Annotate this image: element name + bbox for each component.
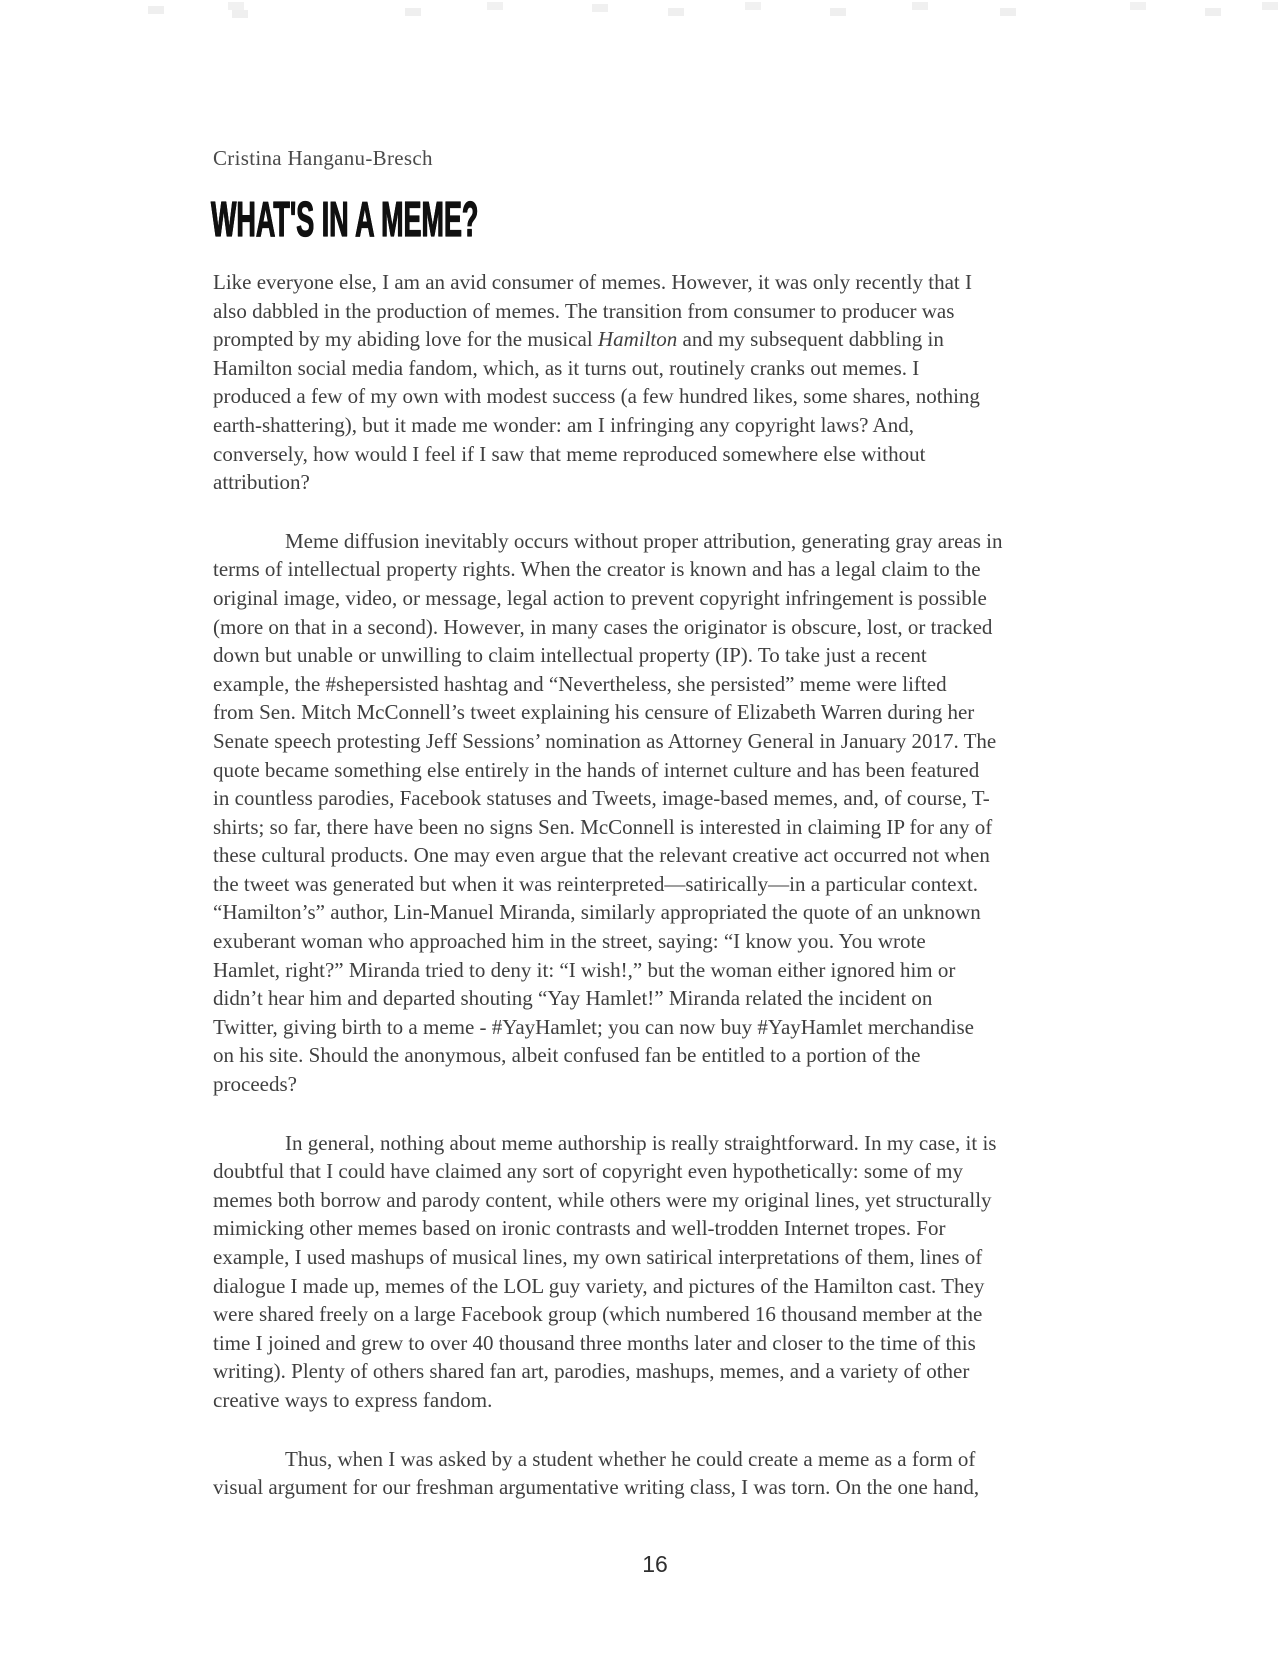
text-line: creative ways to express fandom. xyxy=(213,1386,1097,1415)
text-line: “Hamilton’s” author, Lin-Manuel Miranda,… xyxy=(213,898,1097,927)
text-line: the tweet was generated but when it was … xyxy=(213,870,1097,899)
text-line: original image, video, or message, legal… xyxy=(213,584,1097,613)
text-line: Meme diffusion inevitably occurs without… xyxy=(213,527,1097,556)
text-line: proceeds? xyxy=(213,1070,1097,1099)
text-line: In general, nothing about meme authorshi… xyxy=(213,1129,1097,1158)
text-line: in countless parodies, Facebook statuses… xyxy=(213,784,1097,813)
text-line: Hamlet, right?” Miranda tried to deny it… xyxy=(213,956,1097,985)
page-title-text: WHAT'S IN A MEME? xyxy=(211,194,478,246)
text-line: down but unable or unwilling to claim in… xyxy=(213,641,1097,670)
text-line: visual argument for our freshman argumen… xyxy=(213,1473,1097,1502)
text-line: example, I used mashups of musical lines… xyxy=(213,1243,1097,1272)
text-line: prompted by my abiding love for the musi… xyxy=(213,325,1097,354)
document-page: Cristina Hanganu-Bresch WHAT'S IN A MEME… xyxy=(0,0,1280,1656)
text-line: on his site. Should the anonymous, albei… xyxy=(213,1041,1097,1070)
text-line: from Sen. Mitch McConnell’s tweet explai… xyxy=(213,698,1097,727)
text-line: Hamilton social media fandom, which, as … xyxy=(213,354,1097,383)
text-line: memes both borrow and parody content, wh… xyxy=(213,1186,1097,1215)
paragraph: In general, nothing about meme authorshi… xyxy=(213,1129,1097,1415)
paragraph: Thus, when I was asked by a student whet… xyxy=(213,1445,1097,1502)
text-line: mimicking other memes based on ironic co… xyxy=(213,1214,1097,1243)
text-line: attribution? xyxy=(213,468,1097,497)
text-line: Senate speech protesting Jeff Sessions’ … xyxy=(213,727,1097,756)
text-line: writing). Plenty of others shared fan ar… xyxy=(213,1357,1097,1386)
text-line: earth-shattering), but it made me wonder… xyxy=(213,411,1097,440)
text-line: quote became something else entirely in … xyxy=(213,756,1097,785)
text-line: example, the #shepersisted hashtag and “… xyxy=(213,670,1097,699)
paragraph: Meme diffusion inevitably occurs without… xyxy=(213,527,1097,1099)
text-line: terms of intellectual property rights. W… xyxy=(213,555,1097,584)
text-line: Twitter, giving birth to a meme - #YayHa… xyxy=(213,1013,1097,1042)
text-line: shirts; so far, there have been no signs… xyxy=(213,813,1097,842)
body-paragraphs: Like everyone else, I am an avid consume… xyxy=(213,268,1097,1532)
text-line: Like everyone else, I am an avid consume… xyxy=(213,268,1097,297)
text-line: didn’t hear him and departed shouting “Y… xyxy=(213,984,1097,1013)
cut-off-text-artifacts xyxy=(148,6,164,14)
text-line: dialogue I made up, memes of the LOL guy… xyxy=(213,1272,1097,1301)
text-line: doubtful that I could have claimed any s… xyxy=(213,1157,1097,1186)
text-line: these cultural products. One may even ar… xyxy=(213,841,1097,870)
text-line: time I joined and grew to over 40 thousa… xyxy=(213,1329,1097,1358)
text-line: (more on that in a second). However, in … xyxy=(213,613,1097,642)
text-line: conversely, how would I feel if I saw th… xyxy=(213,440,1097,469)
text-line: Thus, when I was asked by a student whet… xyxy=(213,1445,1097,1474)
text-line: were shared freely on a large Facebook g… xyxy=(213,1300,1097,1329)
text-line: also dabbled in the production of memes.… xyxy=(213,297,1097,326)
paragraph: Like everyone else, I am an avid consume… xyxy=(213,268,1097,497)
page-number: 16 xyxy=(213,1551,1097,1578)
text-line: produced a few of my own with modest suc… xyxy=(213,382,1097,411)
page-title: WHAT'S IN A MEME? xyxy=(211,194,697,246)
text-line: exuberant woman who approached him in th… xyxy=(213,927,1097,956)
author-name: Cristina Hanganu-Bresch xyxy=(213,146,433,171)
